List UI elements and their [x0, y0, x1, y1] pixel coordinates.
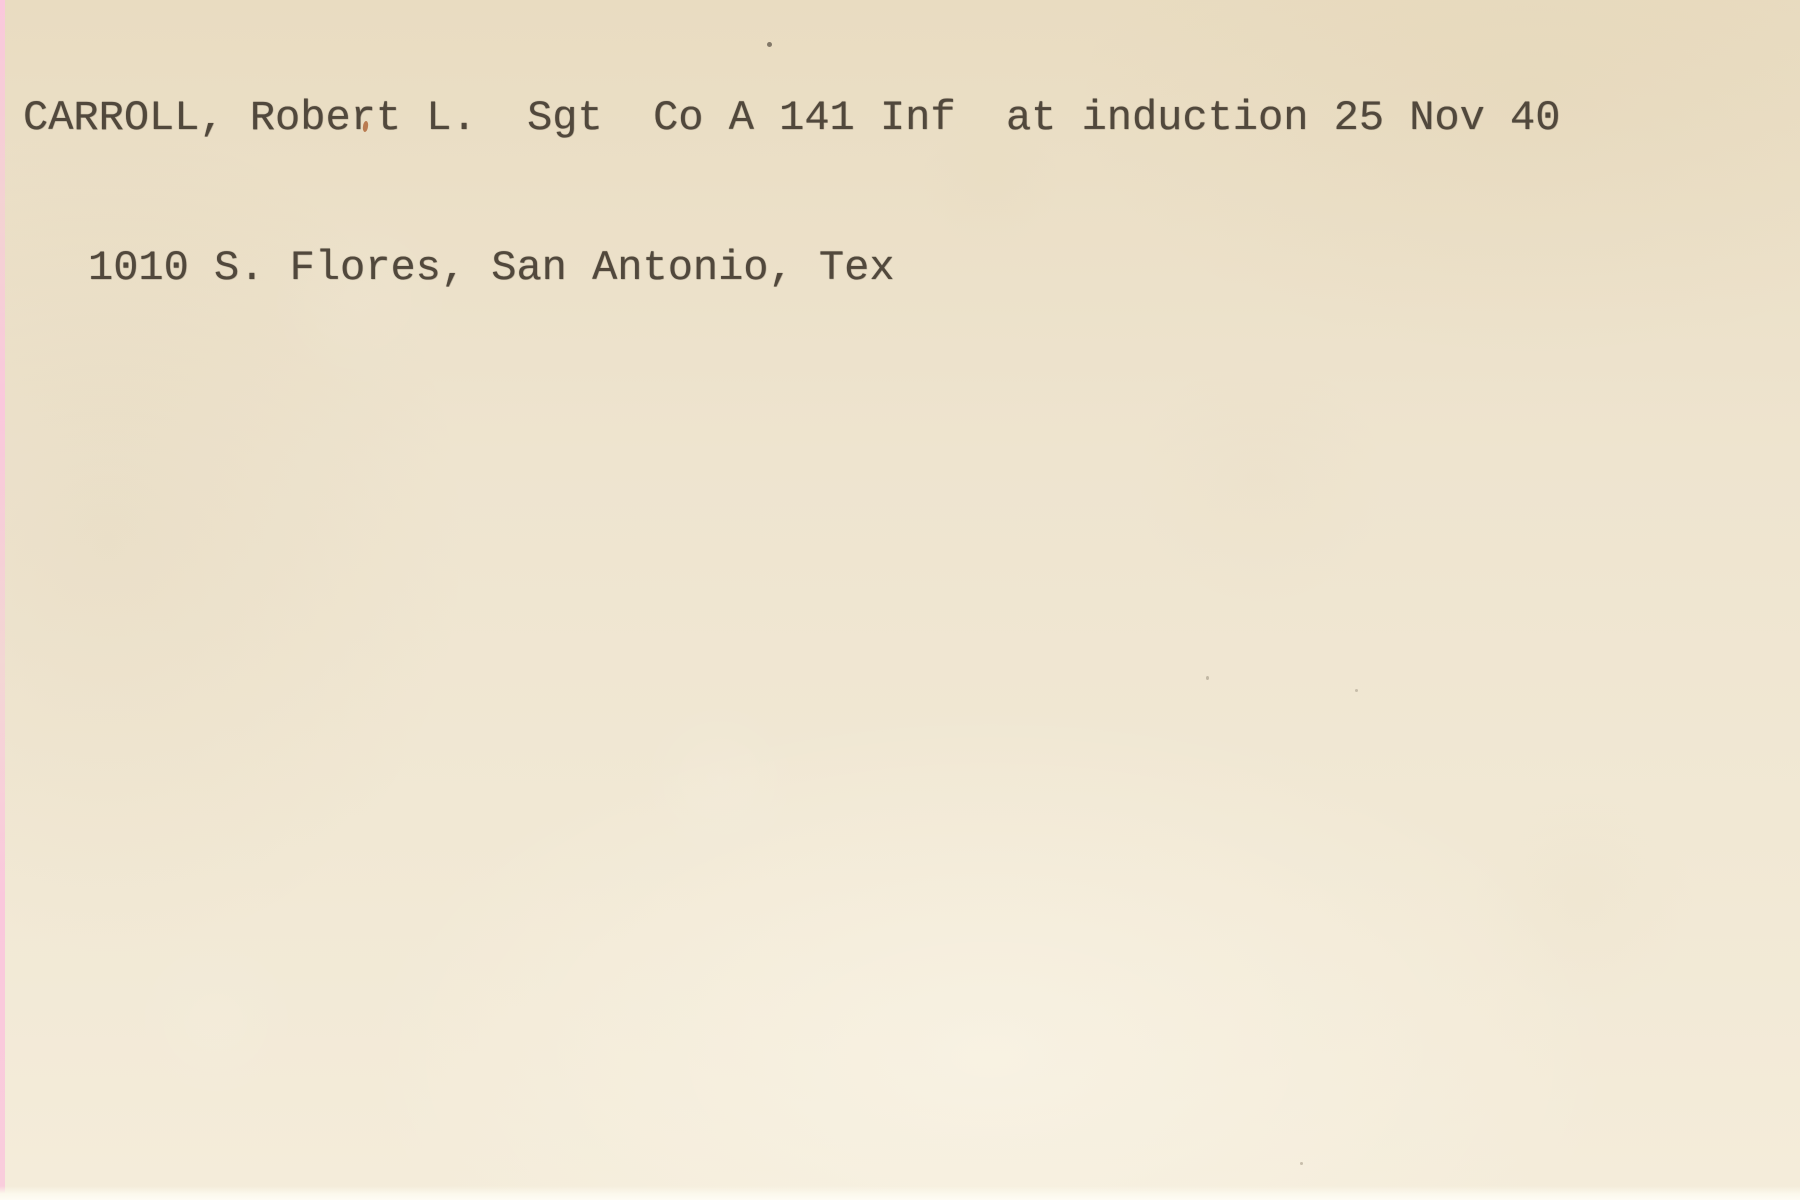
typed-line-name-rank-unit: CARROLL, Robert L. Sgt Co A 141 Inf at i… [23, 93, 1560, 143]
paper-speck-faint [1206, 676, 1209, 680]
scanned-index-card: CARROLL, Robert L. Sgt Co A 141 Inf at i… [0, 0, 1800, 1200]
paper-speck-faint [1300, 1162, 1303, 1165]
scan-bottom-edge [0, 1186, 1800, 1200]
paper-speck-faint [1355, 689, 1358, 692]
typed-line-address: 1010 S. Flores, San Antonio, Tex [88, 243, 1560, 293]
typed-text-block: CARROLL, Robert L. Sgt Co A 141 Inf at i… [23, 0, 1560, 393]
scan-left-edge [0, 0, 5, 1200]
